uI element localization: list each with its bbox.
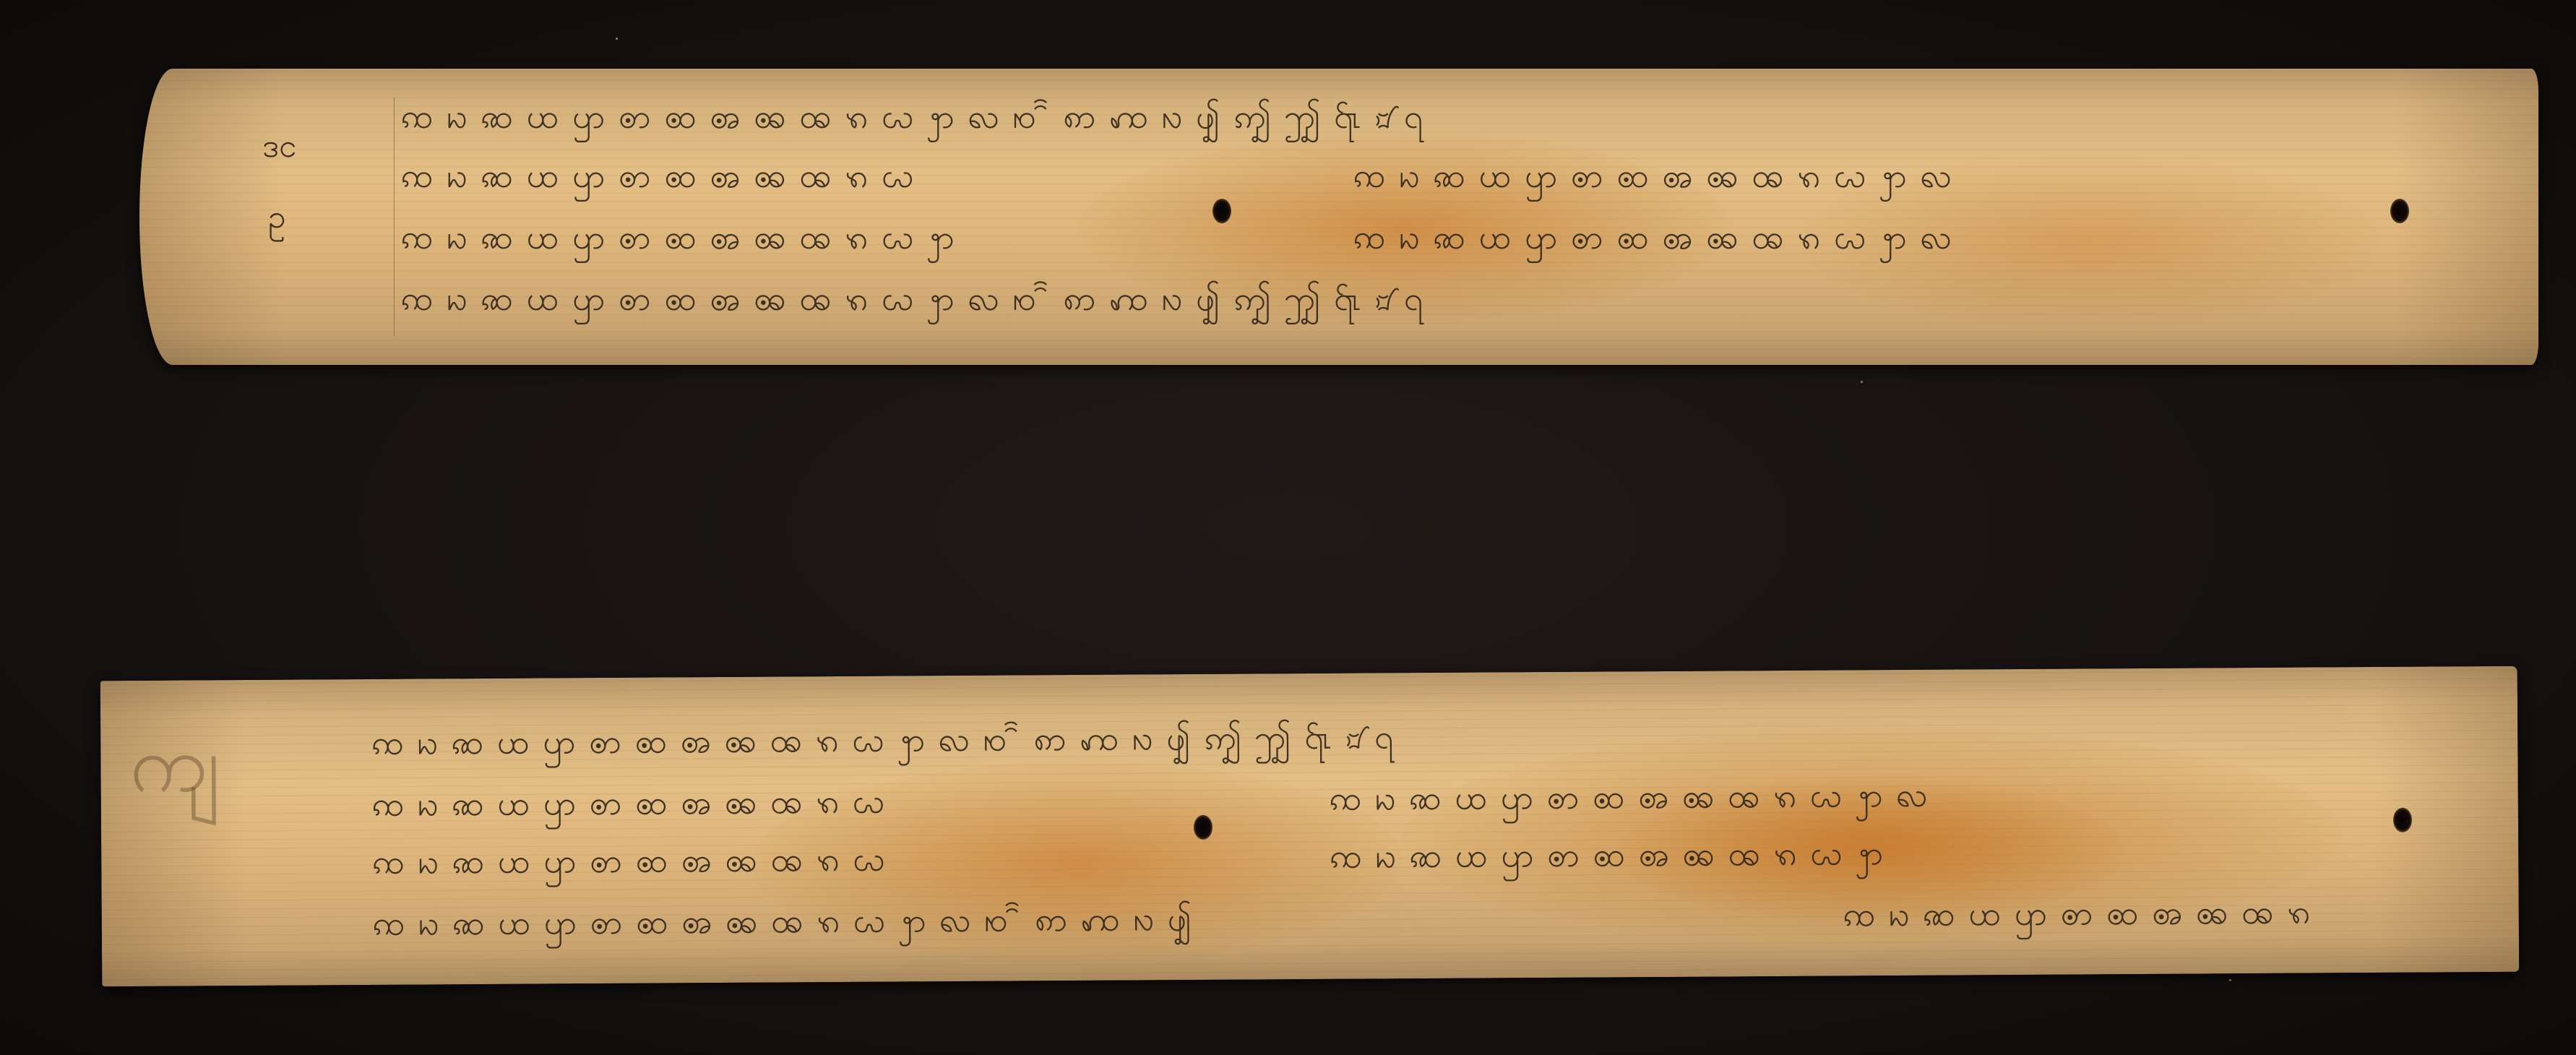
script-line: ꩡ ꩢ ꩣ ꩤ ꩥ ꩦ ꩧ ꩨ ꩩ ꩪ ꩫ ꩬ ꩭ ꩮ ꩯ ꩰ ꩱ ꩲ ꩳ ꩴ … (401, 278, 1424, 327)
script-line: ꩡ ꩢ ꩣ ꩤ ꩥ ꩦ ꩧ ꩨ ꩩ ꩪ ꩫ ꩬ ꩭ (401, 217, 956, 265)
margin-numeral: ဒင (262, 126, 296, 173)
margin-rule (394, 98, 395, 336)
binding-hole (2393, 808, 2412, 832)
script-line: ꩡ ꩢ ꩣ ꩤ ꩥ ꩦ ꩧ ꩨ ꩩ ꩪ ꩫ ꩬ (372, 781, 887, 832)
binding-hole (1194, 815, 1212, 840)
script-line: ꩡ ꩢ ꩣ ꩤ ꩥ ꩦ ꩧ ꩨ ꩩ ꩪ ꩫ ꩬ ꩭ ꩮ ꩯ ꩰ ꩱ ꩲ ꩳ ꩴ … (371, 716, 1395, 771)
script-line: ꩡ ꩢ ꩣ ꩤ ꩥ ꩦ ꩧ ꩨ ꩩ ꩪ ꩫ ꩬ ꩭ ꩮ ꩯ ꩰ ꩱ ꩲ ꩳ ꩴ … (401, 96, 1424, 145)
script-line: ꩡ ꩢ ꩣ ꩤ ꩥ ꩦ ꩧ ꩨ ꩩ ꩪ ꩫ ꩬ ꩭ ꩮ (1353, 217, 1953, 265)
script-line: ꩡ ꩢ ꩣ ꩤ ꩥ ꩦ ꩧ ꩨ ꩩ ꩪ ꩫ ꩬ (401, 155, 916, 204)
cloth-fleck (1861, 381, 1863, 383)
script-line: ꩡ ꩢ ꩣ ꩤ ꩥ ꩦ ꩧ ꩨ ꩩ ꩪ ꩫ ꩬ ꩭ (1330, 832, 1884, 884)
cloth-fleck (616, 38, 618, 40)
manuscript-leaf-top: ဒင ဥ ꩡ ꩢ ꩣ ꩤ ꩥ ꩦ ꩧ ꩨ ꩩ ꩪ ꩫ ꩬ ꩭ ꩮ ꩯ ꩰ ꩱ ꩲ… (139, 69, 2538, 365)
script-line: ꩡ ꩢ ꩣ ꩤ ꩥ ꩦ ꩧ ꩨ ꩩ ꩪ ꩫ ꩬ ꩭ ꩮ ꩯ ꩰ ꩱ ꩲ ꩳ ꩴ (373, 898, 1194, 952)
script-line: ꩡ ꩢ ꩣ ꩤ ꩥ ꩦ ꩧ ꩨ ꩩ ꩪ ꩫ ꩬ (372, 839, 887, 890)
manuscript-leaf-bottom: ကျ ꩡ ꩢ ꩣ ꩤ ꩥ ꩦ ꩧ ꩨ ꩩ ꩪ ꩫ ꩬ ꩭ ꩮ ꩯ ꩰ ꩱ ꩲ ꩳ… (100, 666, 2520, 986)
script-line: ꩡ ꩢ ꩣ ꩤ ꩥ ꩦ ꩧ ꩨ ꩩ ꩪ ꩫ (1843, 892, 2312, 943)
binding-hole (2390, 199, 2409, 223)
binding-hole (1212, 199, 1231, 223)
script-line: ꩡ ꩢ ꩣ ꩤ ꩥ ꩦ ꩧ ꩨ ꩩ ꩪ ꩫ ꩬ ꩭ ꩮ (1330, 775, 1929, 827)
faint-margin-mark: ကျ (129, 712, 220, 830)
script-line: ꩡ ꩢ ꩣ ꩤ ꩥ ꩦ ꩧ ꩨ ꩩ ꩪ ꩫ ꩬ ꩭ ꩮ (1353, 155, 1953, 204)
cloth-fleck (2229, 979, 2231, 981)
margin-numeral: ဥ (268, 197, 285, 244)
